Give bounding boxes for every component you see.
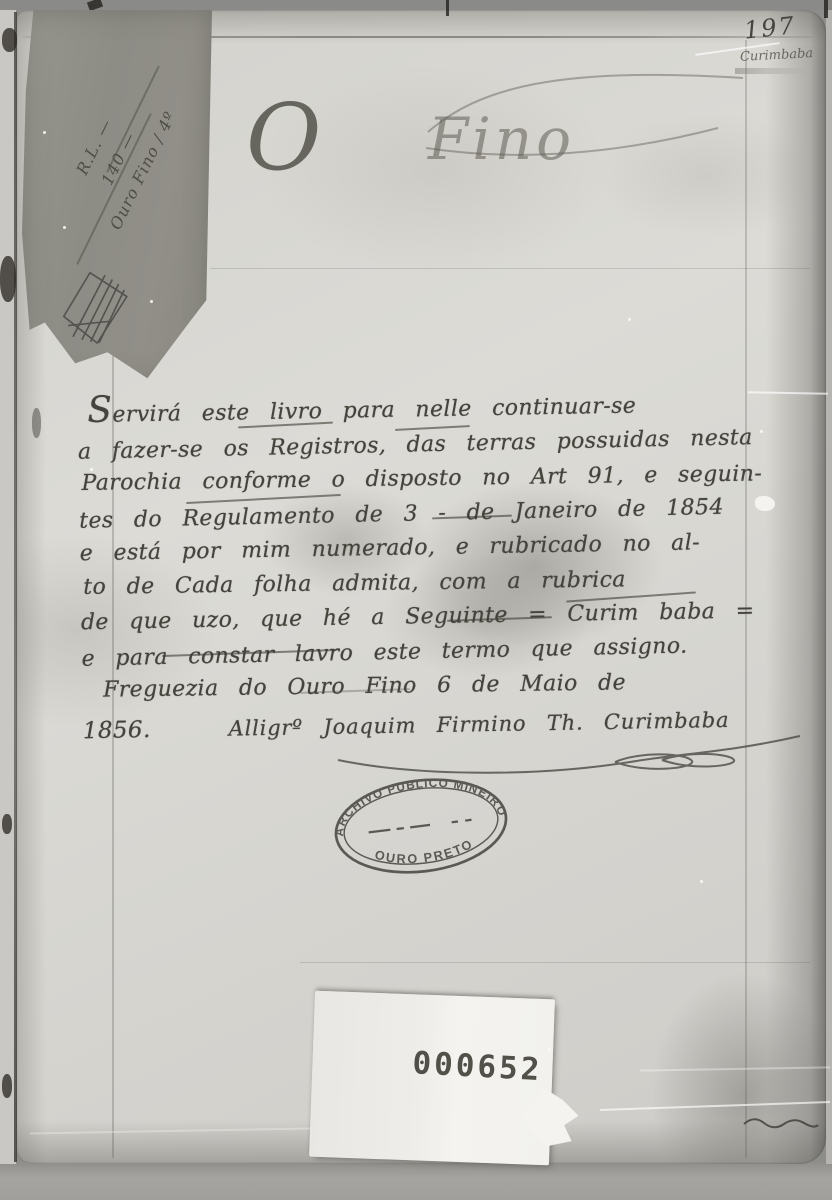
horizontal-crease-upper	[210, 268, 810, 269]
scanned-manuscript-page: R.L. — 140 — Ouro Fino / 4º 197 Curimbab…	[0, 0, 832, 1200]
signature-flourish	[330, 720, 810, 780]
binding-stitch	[2, 28, 17, 52]
edge-tick	[446, 0, 449, 16]
scan-background-bottom	[0, 1160, 832, 1200]
manuscript-body: Servirá este livro para nelle continuar-…	[77, 382, 795, 748]
binding-stitch	[2, 1074, 12, 1098]
title-initial: O	[246, 92, 321, 184]
stamp-divider	[369, 820, 474, 833]
paper-speck	[43, 131, 46, 134]
horizontal-crease-lower	[300, 962, 810, 963]
pen-sketch	[47, 253, 147, 356]
page-right-sliver	[826, 10, 832, 1164]
paper-speck	[628, 318, 631, 321]
scan-background-top	[0, 0, 832, 10]
accession-number: 000652	[412, 1045, 544, 1088]
binding-stitch	[2, 814, 12, 834]
spine-patch-inscription: R.L. — 140 — Ouro Fino / 4º	[42, 58, 196, 260]
accession-label: 000652	[309, 991, 555, 1166]
title-flourish	[408, 50, 758, 160]
year-text: 1856.	[83, 713, 151, 749]
ink-squiggle	[742, 1112, 822, 1132]
paper-speck	[90, 468, 93, 471]
folio-number: 197	[743, 11, 797, 44]
paper-speck	[63, 226, 66, 229]
stamp-bottom-text: OURO PRETO	[372, 835, 478, 872]
binding-stitch	[0, 256, 16, 302]
edge-tick	[824, 0, 828, 18]
paper-speck	[548, 1048, 551, 1051]
paper-speck	[700, 880, 703, 883]
paper-speck	[150, 300, 153, 303]
binding-gutter-line	[14, 12, 17, 1162]
paper-tear	[755, 496, 775, 511]
paper-speck	[760, 430, 763, 433]
spine-patch: R.L. — 140 — Ouro Fino / 4º	[22, 10, 212, 382]
binding-stitch	[32, 408, 41, 438]
svg-text:OURO PRETO: OURO PRETO	[372, 835, 478, 872]
